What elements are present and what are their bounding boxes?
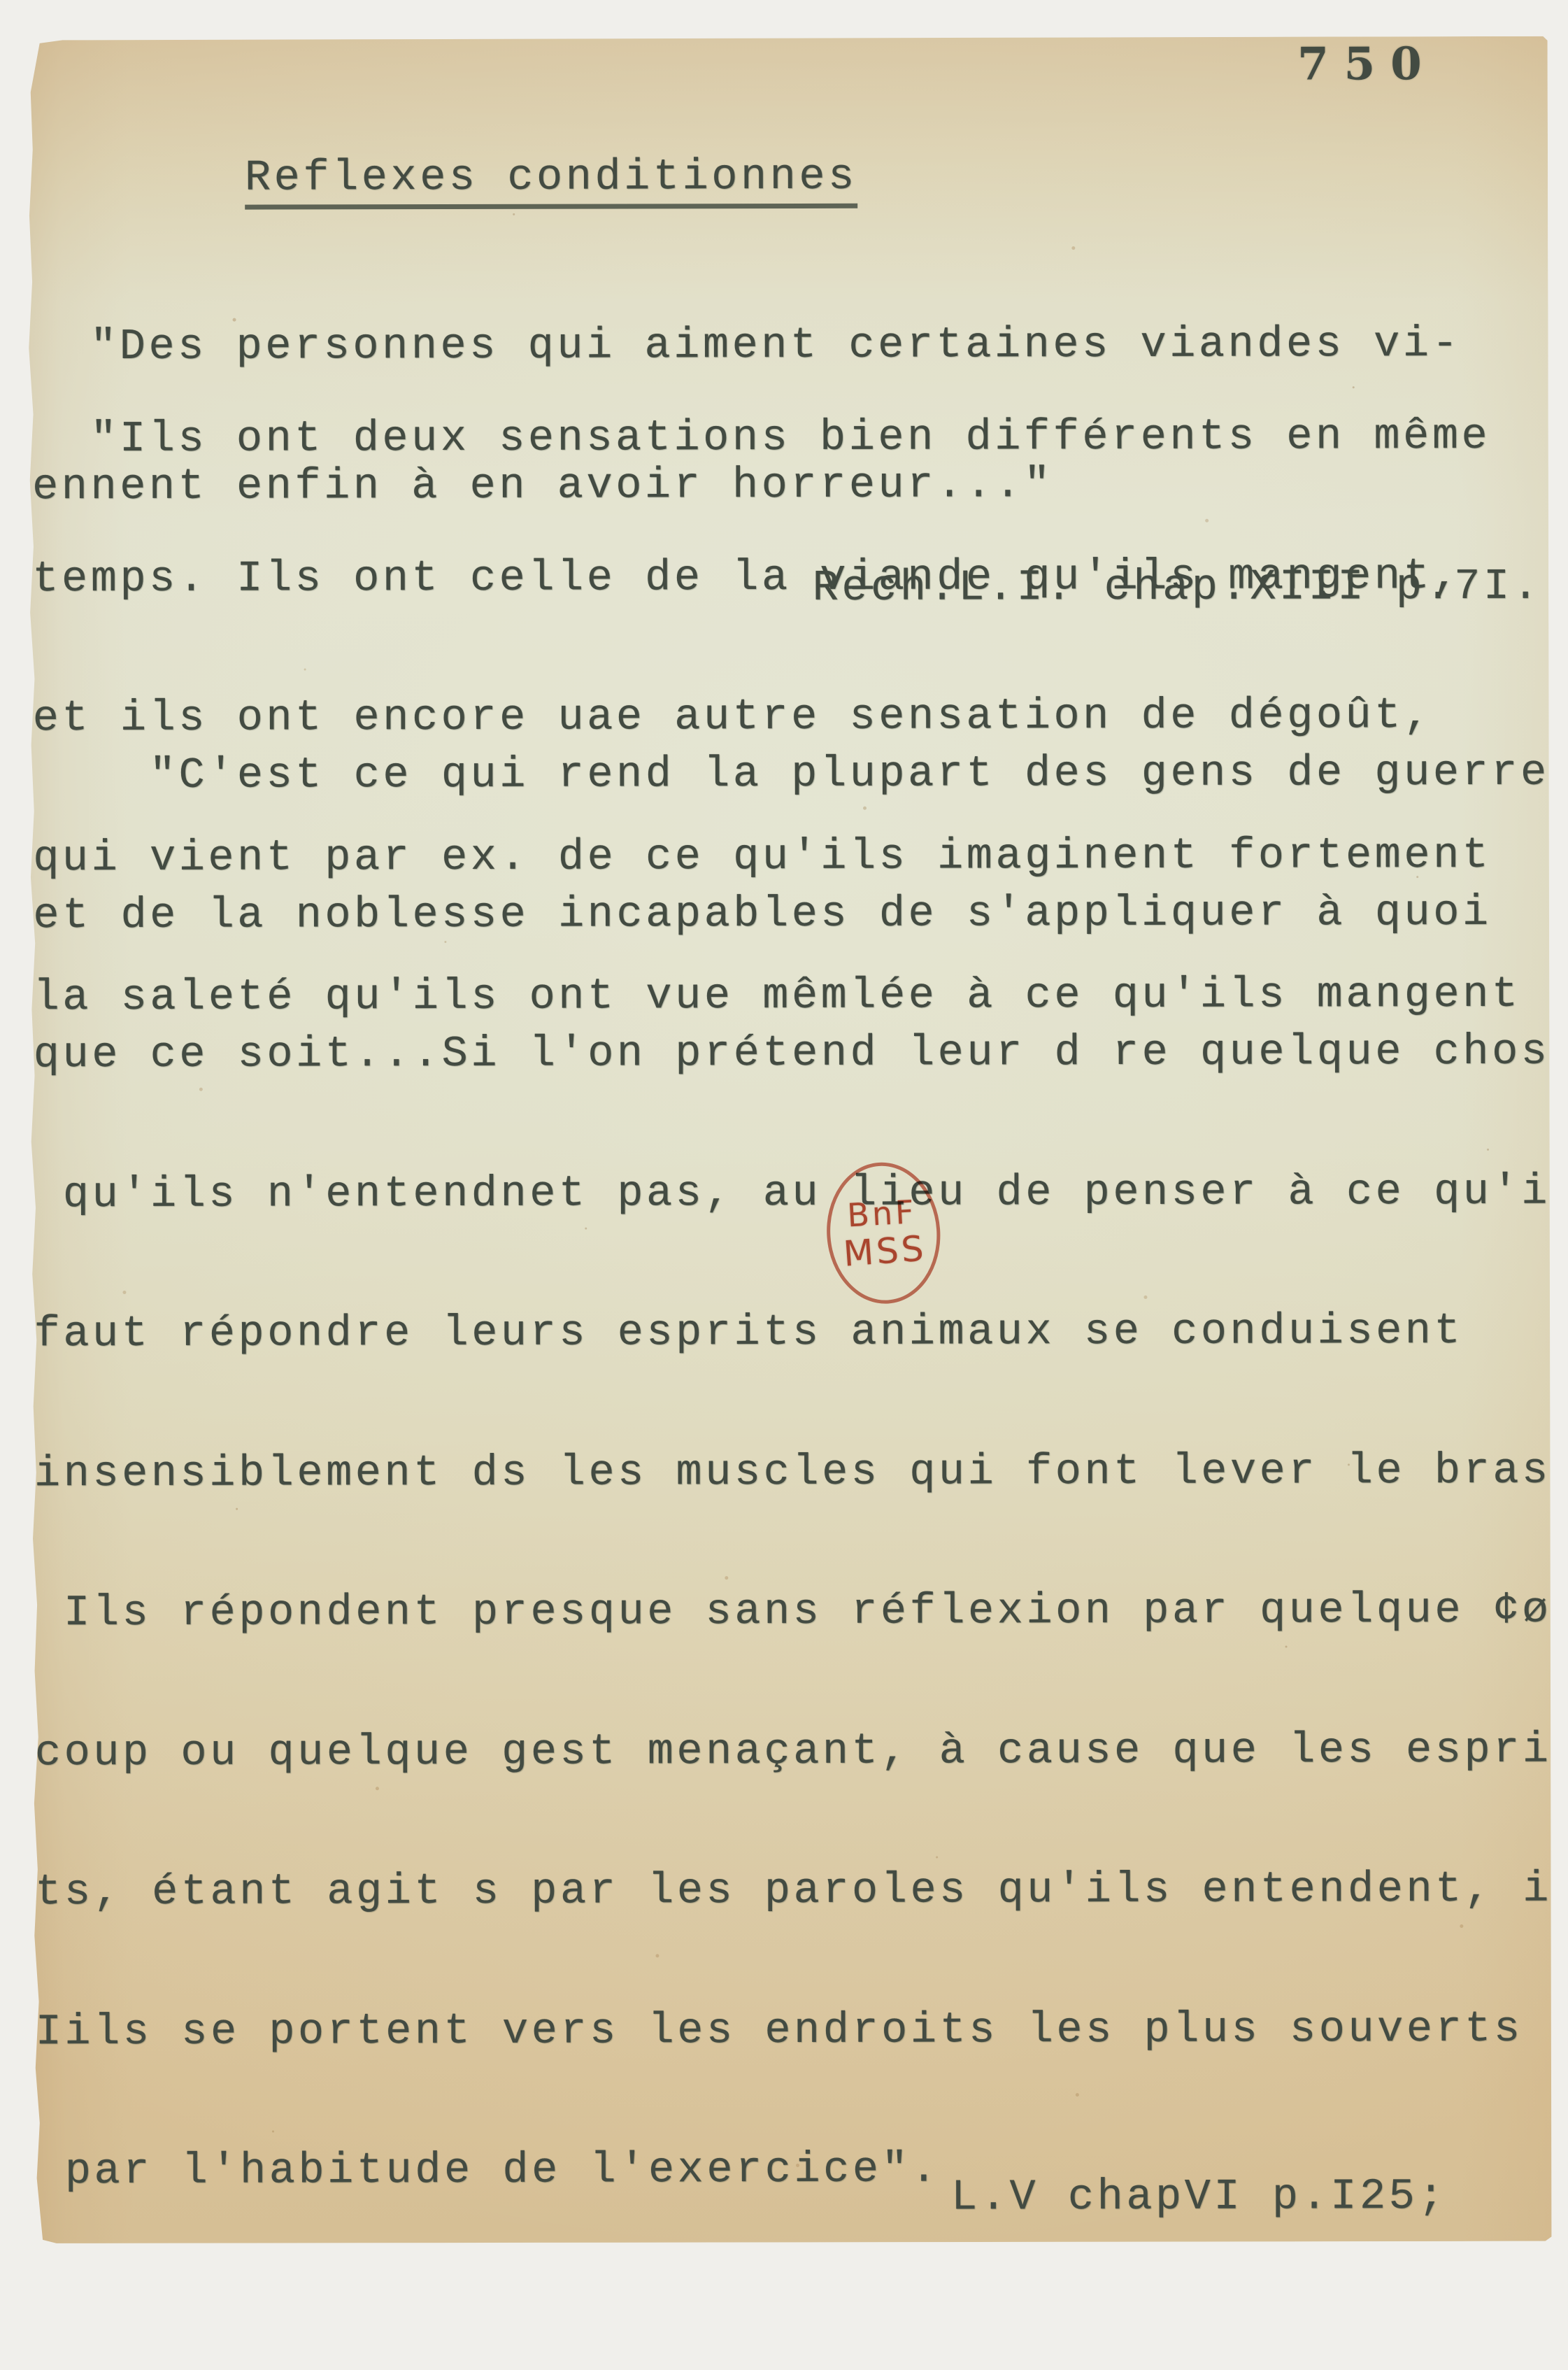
typewritten-line: coup ou quelque gest menaçant, à cause q…	[35, 1726, 1553, 1776]
stamp-text-mss: MSS	[842, 1228, 927, 1273]
stamp-text-bnf: BnF	[846, 1193, 918, 1233]
typewritten-line: par l'habitude de l'exercice".L.V chapVI…	[36, 2145, 1552, 2195]
manuscript-card: 750 Reflexes conditionnes "Des personnes…	[23, 36, 1553, 2245]
scan-background: { "page": { "number": "750", "title": "R…	[0, 0, 1568, 2370]
typewritten-line: Ils répondent presque sans réflexion par…	[34, 1587, 1552, 1637]
typewritten-line: insensiblement ds les muscles qui font l…	[34, 1447, 1552, 1497]
page-title-text: Reflexes conditionnes	[245, 153, 857, 209]
typewritten-line-text: par l'habitude de l'exercice".	[36, 2145, 940, 2197]
citation-reference: L.V chapVI p.I25;	[951, 2171, 1447, 2222]
typewritten-line: "C'est ce qui rend la plupart des gens d…	[33, 750, 1552, 800]
page-number: 750	[1297, 38, 1437, 90]
typewritten-line: faut répondre leurs esprits animaux se c…	[34, 1308, 1553, 1358]
typewritten-line: "Ils ont deux sensations bien différents…	[32, 413, 1520, 463]
citation-reference: Rech.L.I. chap.XIII p.7I.	[813, 564, 1542, 612]
typewritten-line: qu'ils n'entendnet pas, au lieu de pense…	[34, 1168, 1552, 1218]
typewritten-line: ts, étant agit s par les paroles qu'ils …	[35, 1866, 1552, 1916]
paragraph-3: "C'est ce qui rend la plupart des gens d…	[33, 657, 1553, 2245]
typewritten-line: que ce soit...Si l'on prétend leur d re …	[34, 1029, 1553, 1079]
typewritten-line: Iils se portent vers les endroits les pl…	[36, 2006, 1553, 2055]
typewritten-line: et de la noblesse incapables de s'appliq…	[33, 889, 1552, 939]
